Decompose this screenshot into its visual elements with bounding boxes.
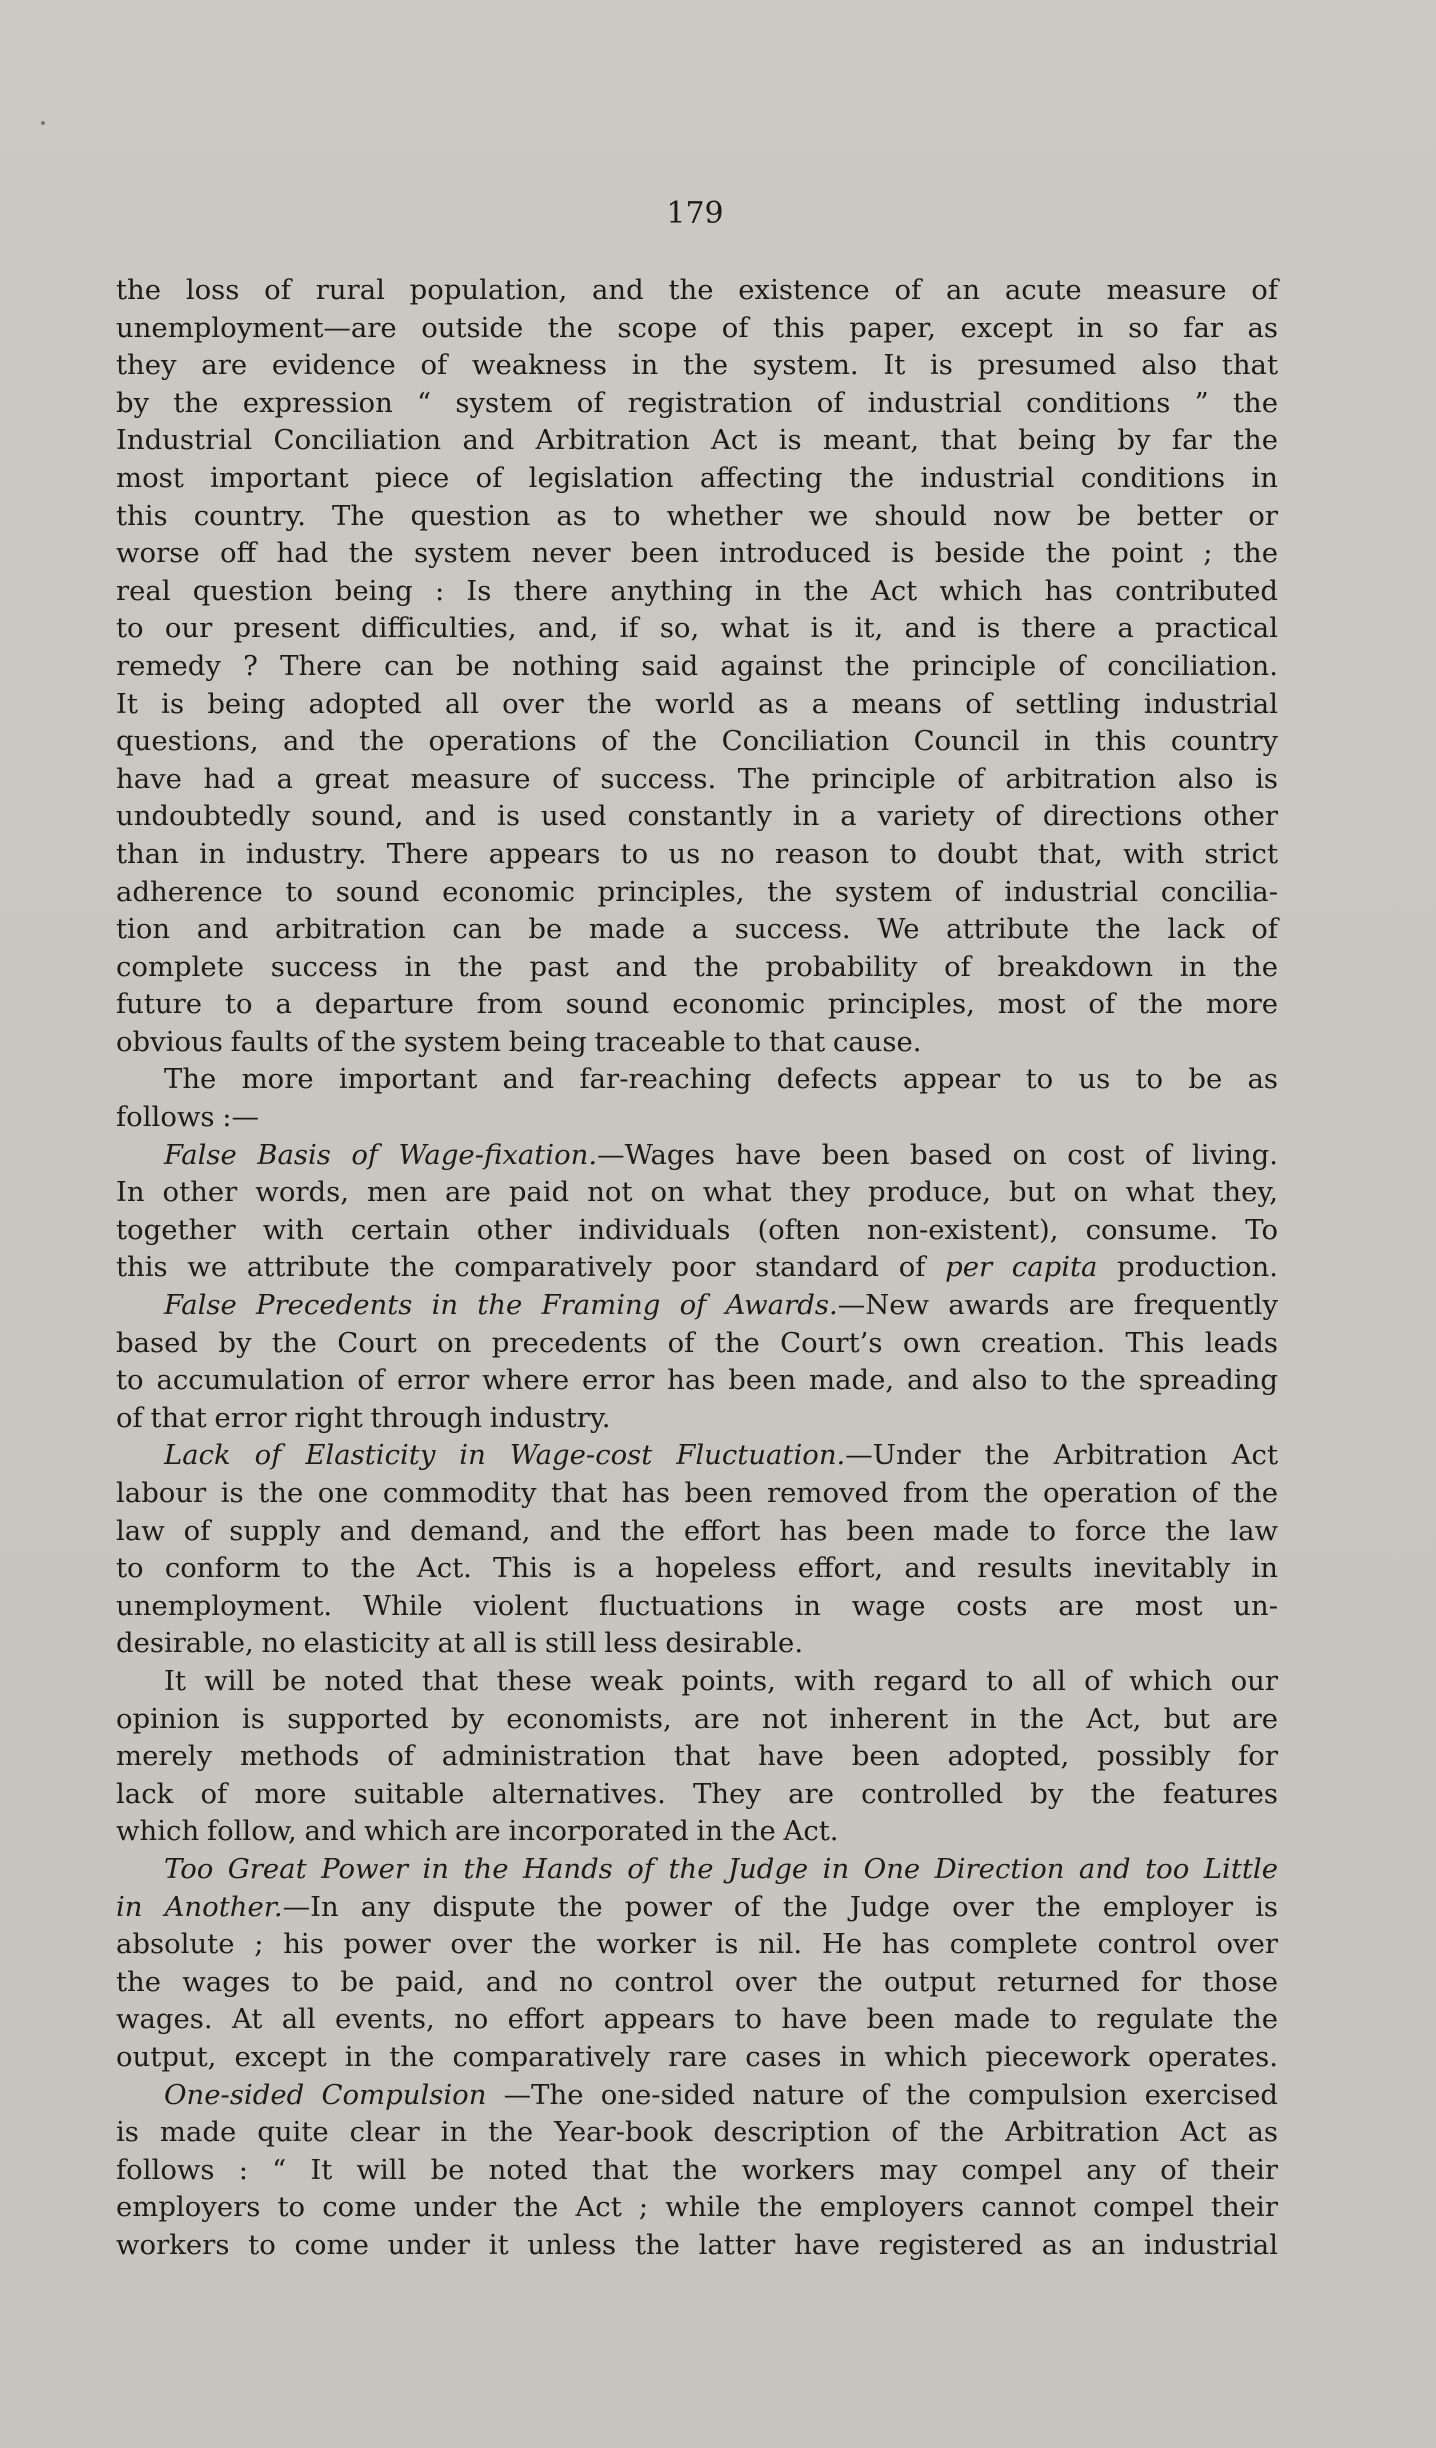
text-run: by the expression “ system of registrati… (116, 387, 1278, 419)
text-line-content: based by the Court on precedents of the … (116, 1325, 1278, 1363)
text-run: Industrial Conciliation and Arbitration … (116, 424, 1278, 456)
text-line-content: they are evidence of weakness in the sys… (116, 347, 1278, 385)
text-line: It will be noted that these weak points,… (116, 1663, 1278, 1701)
text-line-content: workers to come under it unless the latt… (116, 2227, 1278, 2265)
text-run: opinion is supported by economists, are … (116, 1703, 1278, 1735)
italic-heading: per capita (945, 1251, 1097, 1283)
text-line: by the expression “ system of registrati… (116, 385, 1278, 423)
text-line: One-sided Compulsion —The one-sided natu… (116, 2077, 1278, 2115)
text-run: to our present difficulties, and, if so,… (116, 612, 1278, 644)
text-line-content: the wages to be paid, and no control ove… (116, 1964, 1278, 2002)
text-line-content: labour is the one commodity that has bee… (116, 1475, 1278, 1513)
text-line-content: desirable, no elasticity at all is still… (116, 1625, 1278, 1663)
text-line: most important piece of legislation affe… (116, 460, 1278, 498)
text-line-content: undoubtedly sound, and is used constantl… (116, 798, 1278, 836)
text-line-content: merely methods of administration that ha… (116, 1738, 1278, 1776)
text-line: In other words, men are paid not on what… (116, 1174, 1278, 1212)
text-run: real question being : Is there anything … (116, 575, 1278, 607)
text-line-content: future to a departure from sound economi… (116, 986, 1278, 1024)
text-run: have had a great measure of success. The… (116, 763, 1278, 795)
text-line: to accumulation of error where error has… (116, 1362, 1278, 1400)
text-run: to accumulation of error where error has… (116, 1364, 1278, 1396)
text-line-content: It will be noted that these weak points,… (164, 1663, 1278, 1701)
text-run: remedy ? There can be nothing said again… (116, 650, 1278, 682)
text-run: which follow, and which are incorporated… (116, 1815, 839, 1847)
text-line-content: which follow, and which are incorporated… (116, 1813, 1278, 1851)
text-line: Too Great Power in the Hands of the Judg… (116, 1851, 1278, 1889)
text-run: tion and arbitration can be made a succe… (116, 913, 1278, 945)
text-line-content: opinion is supported by economists, are … (116, 1701, 1278, 1739)
text-line: of that error right through industry. (116, 1400, 1278, 1438)
text-run: this country. The question as to whether… (116, 500, 1278, 532)
text-line: labour is the one commodity that has bee… (116, 1475, 1278, 1513)
text-line: absolute ; his power over the worker is … (116, 1926, 1278, 1964)
italic-heading: One-sided Compulsion (164, 2079, 486, 2111)
text-line: remedy ? There can be nothing said again… (116, 648, 1278, 686)
text-line-content: than in industry. There appears to us no… (116, 836, 1278, 874)
text-line-content: obvious faults of the system being trace… (116, 1024, 1278, 1062)
text-line: desirable, no elasticity at all is still… (116, 1625, 1278, 1663)
text-line: obvious faults of the system being trace… (116, 1024, 1278, 1062)
text-run: law of supply and demand, and the effort… (116, 1515, 1278, 1547)
text-line-content: unemployment—are outside the scope of th… (116, 310, 1278, 348)
text-line: False Basis of Wage-fixation.—Wages have… (116, 1137, 1278, 1175)
text-run: unemployment—are outside the scope of th… (116, 312, 1278, 344)
text-run: complete success in the past and the pro… (116, 951, 1278, 983)
text-line-content: in Another.—In any dispute the power of … (116, 1889, 1278, 1927)
text-line: unemployment—are outside the scope of th… (116, 310, 1278, 348)
text-run: —Under the Arbitration Act (845, 1439, 1278, 1471)
text-run: most important piece of legislation affe… (116, 462, 1278, 494)
text-line: wages. At all events, no effort appears … (116, 2001, 1278, 2039)
text-line-content: is made quite clear in the Year-book des… (116, 2114, 1278, 2152)
text-line-content: tion and arbitration can be made a succe… (116, 911, 1278, 949)
text-run: production. (1097, 1251, 1278, 1283)
text-line-content: this we attribute the comparatively poor… (116, 1249, 1278, 1287)
text-line-content: worse off had the system never been intr… (116, 535, 1278, 573)
text-line-content: together with certain other individuals … (116, 1212, 1278, 1250)
text-run: —The one-sided nature of the compulsion … (486, 2079, 1278, 2111)
text-run: In other words, men are paid not on what… (116, 1176, 1278, 1208)
italic-heading: Lack of Elasticity in Wage-cost Fluctuat… (164, 1439, 845, 1471)
text-line: False Precedents in the Framing of Award… (116, 1287, 1278, 1325)
text-line: the wages to be paid, and no control ove… (116, 1964, 1278, 2002)
text-line: together with certain other individuals … (116, 1212, 1278, 1250)
paper-speck (41, 121, 45, 125)
text-run: based by the Court on precedents of the … (116, 1327, 1278, 1359)
text-line: lack of more suitable alternatives. They… (116, 1776, 1278, 1814)
text-line-content: unemployment. While violent fluctuations… (116, 1588, 1278, 1626)
text-line: the loss of rural population, and the ex… (116, 272, 1278, 310)
text-line: questions, and the operations of the Con… (116, 723, 1278, 761)
text-line-content: questions, and the operations of the Con… (116, 723, 1278, 761)
text-line: The more important and far-reaching defe… (116, 1061, 1278, 1099)
text-run: the wages to be paid, and no control ove… (116, 1966, 1278, 1998)
text-run: output, except in the comparatively rare… (116, 2041, 1278, 2073)
italic-heading: False Precedents in the Framing of Award… (164, 1289, 838, 1321)
text-run: follows : “ It will be noted that the wo… (116, 2154, 1278, 2186)
text-line: workers to come under it unless the latt… (116, 2227, 1278, 2265)
text-run: It will be noted that these weak points,… (164, 1665, 1278, 1697)
text-line-content: In other words, men are paid not on what… (116, 1174, 1278, 1212)
text-line-content: of that error right through industry. (116, 1400, 1278, 1438)
text-line-content: output, except in the comparatively rare… (116, 2039, 1278, 2077)
text-line-content: this country. The question as to whether… (116, 498, 1278, 536)
text-line: employers to come under the Act ; while … (116, 2189, 1278, 2227)
text-run: they are evidence of weakness in the sys… (116, 349, 1278, 381)
text-line: have had a great measure of success. The… (116, 761, 1278, 799)
text-line-content: adherence to sound economic principles, … (116, 874, 1278, 912)
text-line: law of supply and demand, and the effort… (116, 1513, 1278, 1551)
text-run: desirable, no elasticity at all is still… (116, 1627, 803, 1659)
text-line: is made quite clear in the Year-book des… (116, 2114, 1278, 2152)
text-line: to our present difficulties, and, if so,… (116, 610, 1278, 648)
text-line: which follow, and which are incorporated… (116, 1813, 1278, 1851)
text-line-content: complete success in the past and the pro… (116, 949, 1278, 987)
text-line: output, except in the comparatively rare… (116, 2039, 1278, 2077)
text-run: undoubtedly sound, and is used constantl… (116, 800, 1278, 832)
text-run: questions, and the operations of the Con… (116, 725, 1278, 757)
italic-heading: in Another. (116, 1891, 283, 1923)
text-line-content: to accumulation of error where error has… (116, 1362, 1278, 1400)
text-run: follows :— (116, 1101, 259, 1133)
text-run: of that error right through industry. (116, 1402, 610, 1434)
text-line: follows : “ It will be noted that the wo… (116, 2152, 1278, 2190)
text-line-content: absolute ; his power over the worker is … (116, 1926, 1278, 1964)
text-run: the loss of rural population, and the ex… (116, 274, 1278, 306)
text-run: together with certain other individuals … (116, 1214, 1278, 1246)
text-run: wages. At all events, no effort appears … (116, 2003, 1278, 2035)
text-line-content: False Precedents in the Framing of Award… (164, 1287, 1278, 1325)
text-line: they are evidence of weakness in the sys… (116, 347, 1278, 385)
text-line: opinion is supported by economists, are … (116, 1701, 1278, 1739)
text-run: merely methods of administration that ha… (116, 1740, 1278, 1772)
text-line-content: Too Great Power in the Hands of the Judg… (164, 1851, 1278, 1889)
text-run: —In any dispute the power of the Judge o… (283, 1891, 1278, 1923)
italic-heading: False Basis of Wage-fixation. (164, 1139, 597, 1171)
text-line: to conform to the Act. This is a hopeles… (116, 1550, 1278, 1588)
text-line-content: law of supply and demand, and the effort… (116, 1513, 1278, 1551)
text-line-content: The more important and far-reaching defe… (164, 1061, 1278, 1099)
text-line-content: the loss of rural population, and the ex… (116, 272, 1278, 310)
text-run: unemployment. While violent fluctuations… (116, 1590, 1278, 1622)
text-line-content: wages. At all events, no effort appears … (116, 2001, 1278, 2039)
text-line-content: employers to come under the Act ; while … (116, 2189, 1278, 2227)
text-run: absolute ; his power over the worker is … (116, 1928, 1278, 1960)
text-run: It is being adopted all over the world a… (116, 688, 1278, 720)
text-line-content: to conform to the Act. This is a hopeles… (116, 1550, 1278, 1588)
text-line: adherence to sound economic principles, … (116, 874, 1278, 912)
text-run: workers to come under it unless the latt… (116, 2229, 1278, 2261)
text-line-content: It is being adopted all over the world a… (116, 686, 1278, 724)
text-run: future to a departure from sound economi… (116, 988, 1278, 1020)
text-run: The more important and far-reaching defe… (164, 1063, 1278, 1095)
text-line-content: Industrial Conciliation and Arbitration … (116, 422, 1278, 460)
page-number: 179 (0, 196, 1390, 231)
text-line: tion and arbitration can be made a succe… (116, 911, 1278, 949)
text-line-content: False Basis of Wage-fixation.—Wages have… (164, 1137, 1278, 1175)
text-line: this we attribute the comparatively poor… (116, 1249, 1278, 1287)
text-run: obvious faults of the system being trace… (116, 1026, 922, 1058)
text-line-content: Lack of Elasticity in Wage-cost Fluctuat… (164, 1437, 1278, 1475)
text-run: this we attribute the comparatively poor… (116, 1251, 945, 1283)
text-line-content: by the expression “ system of registrati… (116, 385, 1278, 423)
text-run: labour is the one commodity that has bee… (116, 1477, 1278, 1509)
text-line: than in industry. There appears to us no… (116, 836, 1278, 874)
text-line-content: remedy ? There can be nothing said again… (116, 648, 1278, 686)
text-line-content: follows :— (116, 1099, 1278, 1137)
text-run: —New awards are frequently (838, 1289, 1278, 1321)
text-line-content: have had a great measure of success. The… (116, 761, 1278, 799)
text-line: complete success in the past and the pro… (116, 949, 1278, 987)
text-line-content: real question being : Is there anything … (116, 573, 1278, 611)
text-run: lack of more suitable alternatives. They… (116, 1778, 1278, 1810)
italic-heading: Too Great Power in the Hands of the Judg… (164, 1853, 1278, 1885)
text-line: It is being adopted all over the world a… (116, 686, 1278, 724)
text-line-content: One-sided Compulsion —The one-sided natu… (164, 2077, 1278, 2115)
text-line: this country. The question as to whether… (116, 498, 1278, 536)
text-line: Industrial Conciliation and Arbitration … (116, 422, 1278, 460)
text-run: than in industry. There appears to us no… (116, 838, 1278, 870)
text-run: worse off had the system never been intr… (116, 537, 1278, 569)
text-line: unemployment. While violent fluctuations… (116, 1588, 1278, 1626)
text-line: Lack of Elasticity in Wage-cost Fluctuat… (116, 1437, 1278, 1475)
text-line: in Another.—In any dispute the power of … (116, 1889, 1278, 1927)
text-run: employers to come under the Act ; while … (116, 2191, 1278, 2223)
text-run: adherence to sound economic principles, … (116, 876, 1278, 908)
text-line: merely methods of administration that ha… (116, 1738, 1278, 1776)
text-line: undoubtedly sound, and is used constantl… (116, 798, 1278, 836)
text-line: follows :— (116, 1099, 1278, 1137)
text-line: based by the Court on precedents of the … (116, 1325, 1278, 1363)
text-line-content: follows : “ It will be noted that the wo… (116, 2152, 1278, 2190)
text-line: worse off had the system never been intr… (116, 535, 1278, 573)
text-run: —Wages have been based on cost of living… (597, 1139, 1278, 1171)
text-line: future to a departure from sound economi… (116, 986, 1278, 1024)
text-run: is made quite clear in the Year-book des… (116, 2116, 1278, 2148)
text-run: to conform to the Act. This is a hopeles… (116, 1552, 1278, 1584)
body-text: the loss of rural population, and the ex… (116, 272, 1278, 2264)
text-line: real question being : Is there anything … (116, 573, 1278, 611)
text-line-content: lack of more suitable alternatives. They… (116, 1776, 1278, 1814)
text-line-content: to our present difficulties, and, if so,… (116, 610, 1278, 648)
text-line-content: most important piece of legislation affe… (116, 460, 1278, 498)
